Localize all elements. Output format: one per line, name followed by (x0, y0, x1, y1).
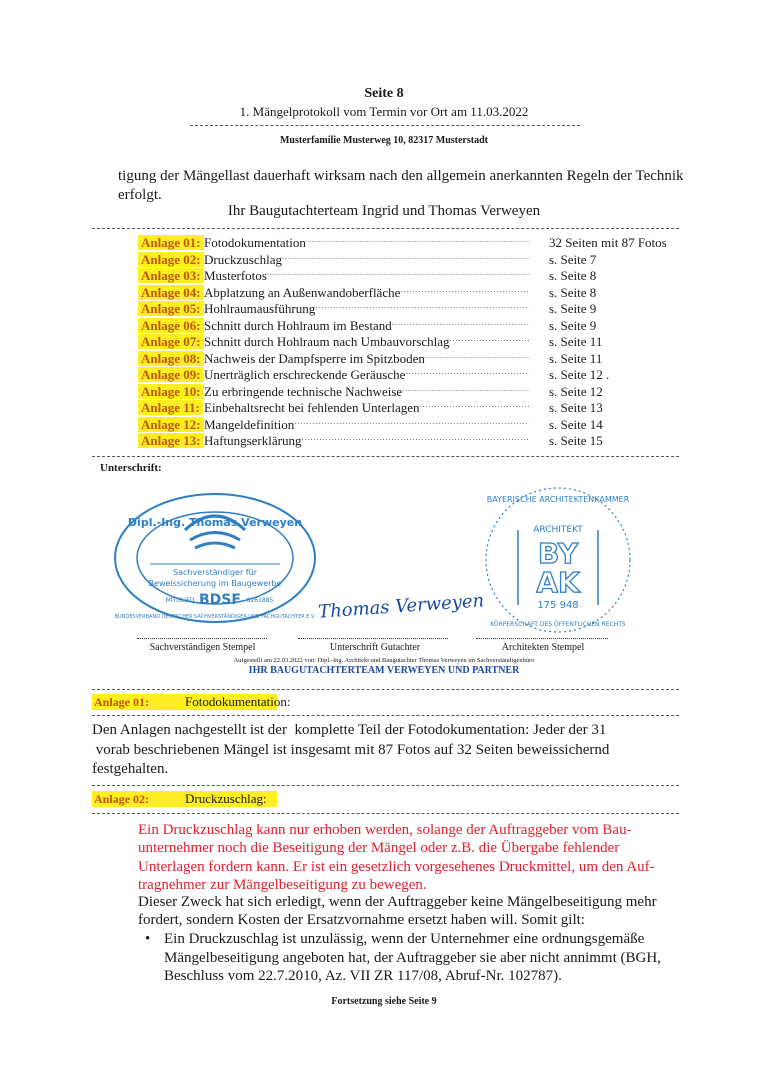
signature-line-left (137, 638, 267, 639)
expert-stamp: Dipl.-Ing. Thomas Verweyen Sachverständi… (110, 490, 320, 630)
toc-page-ref: s. Seite 12 . (549, 367, 609, 383)
caption-architect-stamp: Architekten Stempel (478, 642, 608, 653)
toc-page-ref: s. Seite 7 (549, 252, 596, 268)
section-2-text-1: Dieser Zweck hat sich erledigt, wenn der… (138, 892, 657, 912)
svg-text:BDSF: BDSF (199, 592, 241, 608)
team-signoff: Ihr Baugutachterteam Ingrid und Thomas V… (0, 203, 768, 220)
svg-text:Beweissicherung im Baugewerbe: Beweissicherung im Baugewerbe (149, 579, 282, 588)
toc-title: Musterfotos (204, 268, 267, 284)
toc-title: Hohlraumausführung (204, 301, 315, 317)
toc-leader-dots: ........................................… (400, 285, 529, 301)
page-title: Seite 8 (0, 86, 768, 102)
protocol-subtitle: 1. Mängelprotokoll vom Termin vor Ort am… (0, 104, 768, 120)
prepared-note: Aufgestellt am 22.03.2022 von: Dipl.-Ing… (0, 657, 768, 664)
toc-row: Anlage 02:Druckzuschlag.................… (138, 252, 698, 269)
toc-leader-dots: ........................................… (306, 235, 529, 251)
toc-title: Schnitt durch Hohlraum nach Umbauvorschl… (204, 334, 450, 350)
toc-title: Druckzuschlag (204, 252, 282, 268)
toc-row: Anlage 04:Abplatzung an Außenwandoberflä… (138, 285, 698, 302)
section-1-label: Anlage 01: (94, 695, 149, 710)
toc-label: Anlage 10: (138, 384, 204, 399)
section-1-text-2: vorab beschriebenen Mängel ist insgesamt… (92, 740, 609, 760)
svg-text:8261885: 8261885 (247, 597, 274, 604)
bullet-icon: • (145, 929, 150, 949)
toc-label: Anlage 01: (138, 235, 204, 250)
svg-text:Sachverständiger für: Sachverständiger für (173, 568, 258, 577)
divider (92, 715, 679, 716)
toc-leader-dots: ........................................… (405, 367, 529, 383)
toc-row: Anlage 01:Fotodokumentation.............… (138, 235, 698, 252)
signature-line-middle (298, 638, 448, 639)
toc-title: Fotodokumentation (204, 235, 306, 251)
toc-row: Anlage 10:Zu erbringende technische Nach… (138, 384, 698, 401)
toc-leader-dots: ........................................… (392, 318, 529, 334)
svg-text:MITGLIED: MITGLIED (166, 597, 195, 604)
svg-text:ARCHITEKT: ARCHITEKT (533, 525, 583, 535)
section-2-title: Druckzuschlag: (185, 791, 267, 807)
toc-leader-dots: ........................................… (267, 268, 529, 284)
toc-label: Anlage 05: (138, 301, 204, 316)
toc-leader-dots: ........................................… (301, 433, 529, 449)
toc-title: Nachweis der Dampfsperre im Spitzboden (204, 351, 425, 367)
divider (92, 785, 679, 786)
section-2-label: Anlage 02: (94, 792, 149, 807)
architect-stamp: BAYERISCHE ARCHITEKTENKAMMER ARCHITEKT B… (480, 480, 640, 640)
toc-row: Anlage 03:Musterfotos...................… (138, 268, 698, 285)
toc-label: Anlage 04: (138, 285, 204, 300)
toc-title: Haftungserklärung (204, 433, 301, 449)
stamp-name: Dipl.-Ing. Thomas Verweyen (128, 516, 302, 529)
toc-page-ref: s. Seite 8 (549, 285, 596, 301)
toc-label: Anlage 12: (138, 417, 204, 432)
toc-leader-dots: ........................................… (294, 417, 529, 433)
client-address: Musterfamilie Musterweg 10, 82317 Muster… (0, 135, 768, 146)
svg-text:175 948: 175 948 (537, 600, 578, 611)
intro-line-1: tigung der Mängellast dauerhaft wirksam … (118, 166, 684, 186)
toc-label: Anlage 11: (138, 400, 203, 415)
handwritten-signature: Thomas Verweyen (317, 590, 484, 623)
section-2-red-1: Ein Druckzuschlag kann nur erhoben werde… (138, 820, 678, 840)
toc-leader-dots: ........................................… (282, 252, 529, 268)
svg-text:BUNDESVERBAND DEUTSCHER SACHVE: BUNDESVERBAND DEUTSCHER SACHVERSTÄNDIGER… (115, 613, 316, 620)
toc-page-ref: s. Seite 14 (549, 417, 603, 433)
toc-page-ref: s. Seite 13 (549, 400, 603, 416)
toc-row: Anlage 05:Hohlraumausführung............… (138, 301, 698, 318)
toc-label: Anlage 07: (138, 334, 204, 349)
svg-text:KÖRPERSCHAFT DES ÖFFENTLICHEN: KÖRPERSCHAFT DES ÖFFENTLICHEN RECHTS (490, 621, 626, 628)
continuation-note: Fortsetzung siehe Seite 9 (0, 996, 768, 1007)
toc-leader-dots: ........................................… (450, 334, 530, 350)
toc-label: Anlage 13: (138, 433, 204, 448)
toc-leader-dots: ........................................… (315, 301, 529, 317)
toc-title: Mangeldefinition (204, 417, 294, 433)
toc-row: Anlage 13:Haftungserklärung.............… (138, 433, 698, 450)
toc-page-ref: 32 Seiten mit 87 Fotos (549, 235, 667, 251)
toc-page-ref: s. Seite 9 (549, 301, 596, 317)
attachment-index: Anlage 01:Fotodokumentation.............… (138, 235, 698, 450)
toc-leader-dots: ........................................… (425, 351, 529, 367)
toc-page-ref: s. Seite 11 (549, 334, 602, 350)
caption-expert-stamp: Sachverständigen Stempel (130, 642, 275, 653)
toc-label: Anlage 08: (138, 351, 204, 366)
svg-text:BAYERISCHE ARCHITEKTENKAMMER: BAYERISCHE ARCHITEKTENKAMMER (487, 495, 630, 504)
toc-label: Anlage 02: (138, 252, 204, 267)
toc-row: Anlage 08:Nachweis der Dampfsperre im Sp… (138, 351, 698, 368)
toc-row: Anlage 07:Schnitt durch Hohlraum nach Um… (138, 334, 698, 351)
toc-title: Einbehaltsrecht bei fehlenden Unterlagen (204, 400, 420, 416)
section-2-bullet-3: Beschluss vom 22.7.2010, Az. VII ZR 117/… (164, 966, 562, 986)
team-footer: IHR BAUGUTACHTERTEAM VERWEYEN UND PARTNE… (0, 665, 768, 676)
section-2-red-3: Unterlagen fordern kann. Er ist ein gese… (138, 857, 655, 877)
toc-label: Anlage 06: (138, 318, 204, 333)
divider (92, 228, 679, 229)
section-1-text-3: festgehalten. (92, 759, 168, 779)
toc-row: Anlage 09:Unerträglich erschreckende Ger… (138, 367, 698, 384)
toc-row: Anlage 12:Mangeldefinition..............… (138, 417, 698, 434)
svg-text:AK: AK (536, 566, 581, 599)
toc-leader-dots: ........................................… (420, 400, 530, 416)
toc-title: Unerträglich erschreckende Geräusche (204, 367, 405, 383)
toc-title: Schnitt durch Hohlraum im Bestand (204, 318, 392, 334)
toc-label: Anlage 09: (138, 367, 204, 382)
section-1-text-1: Den Anlagen nachgestellt ist der komplet… (92, 720, 606, 740)
section-2-bullet-1: Ein Druckzuschlag ist unzulässig, wenn d… (164, 929, 644, 949)
toc-row: Anlage 11:Einbehaltsrecht bei fehlenden … (138, 400, 698, 417)
section-2-red-2: unternehmer noch die Beseitigung der Män… (138, 838, 619, 858)
caption-signature: Unterschrift Gutachter (300, 642, 450, 653)
toc-row: Anlage 06:Schnitt durch Hohlraum im Best… (138, 318, 698, 335)
toc-page-ref: s. Seite 9 (549, 318, 596, 334)
toc-label: Anlage 03: (138, 268, 204, 283)
section-2-bullet-2: Mängelbeseitigung angeboten hat, der Auf… (164, 948, 661, 968)
toc-page-ref: s. Seite 11 (549, 351, 602, 367)
toc-leader-dots: ........................................… (402, 384, 529, 400)
signature-heading: Unterschrift: (100, 462, 162, 474)
toc-title: Zu erbringende technische Nachweise (204, 384, 402, 400)
toc-page-ref: s. Seite 15 (549, 433, 603, 449)
section-2-text-2: fordert, sondern Kosten der Ersatzvornah… (138, 910, 585, 930)
signature-line-right (476, 638, 608, 639)
intro-line-2: erfolgt. (118, 185, 162, 205)
divider (92, 689, 679, 690)
divider (92, 456, 679, 457)
toc-page-ref: s. Seite 8 (549, 268, 596, 284)
section-1-title: Fotodokumentation: (185, 694, 290, 710)
header-divider (190, 125, 580, 126)
toc-page-ref: s. Seite 12 (549, 384, 603, 400)
toc-title: Abplatzung an Außenwandoberfläche (204, 285, 400, 301)
divider (92, 813, 679, 814)
